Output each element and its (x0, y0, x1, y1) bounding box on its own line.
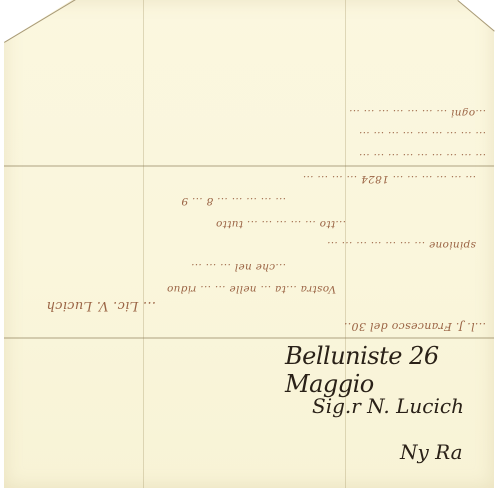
letter-line: ...tto ... ... ... ... ... tutto (216, 218, 346, 230)
address-recipient: Sig.r N. Lucich (312, 394, 464, 418)
upside-down-letter-body: ...l. J. Francesco del 30.. ... Lic. V. … (14, 100, 486, 335)
letter-line: ... ... ... ... ... ... ... ... ... (359, 129, 486, 141)
letter-line: ... Lic. V. Lucich (46, 298, 156, 313)
letter-line: ... ... ... ... ... ... 1824 ... ... ...… (303, 173, 476, 185)
letter-line: Vostra ...ta ... nelle ... ... riduo (167, 283, 336, 295)
horizontal-fold-line (4, 337, 494, 339)
address-destination: Ny Ra (400, 440, 463, 464)
letter-line: ... ... ... ... ... 8 ... 9 (181, 195, 286, 207)
letter-line: spinione ... ... ... ... ... ... ... (327, 239, 476, 251)
letter-line: ...che nel ... ... ... (191, 261, 286, 273)
letter-line: ... ... ... ... ... ... ... ... ... (359, 151, 486, 163)
address-place-date: Belluniste 26 Maggio (285, 342, 498, 398)
letter-line: ...l. J. Francesco del 30.. (344, 320, 486, 333)
letter-line: ...ogni ... ... ... ... ... ... ... (349, 107, 486, 119)
